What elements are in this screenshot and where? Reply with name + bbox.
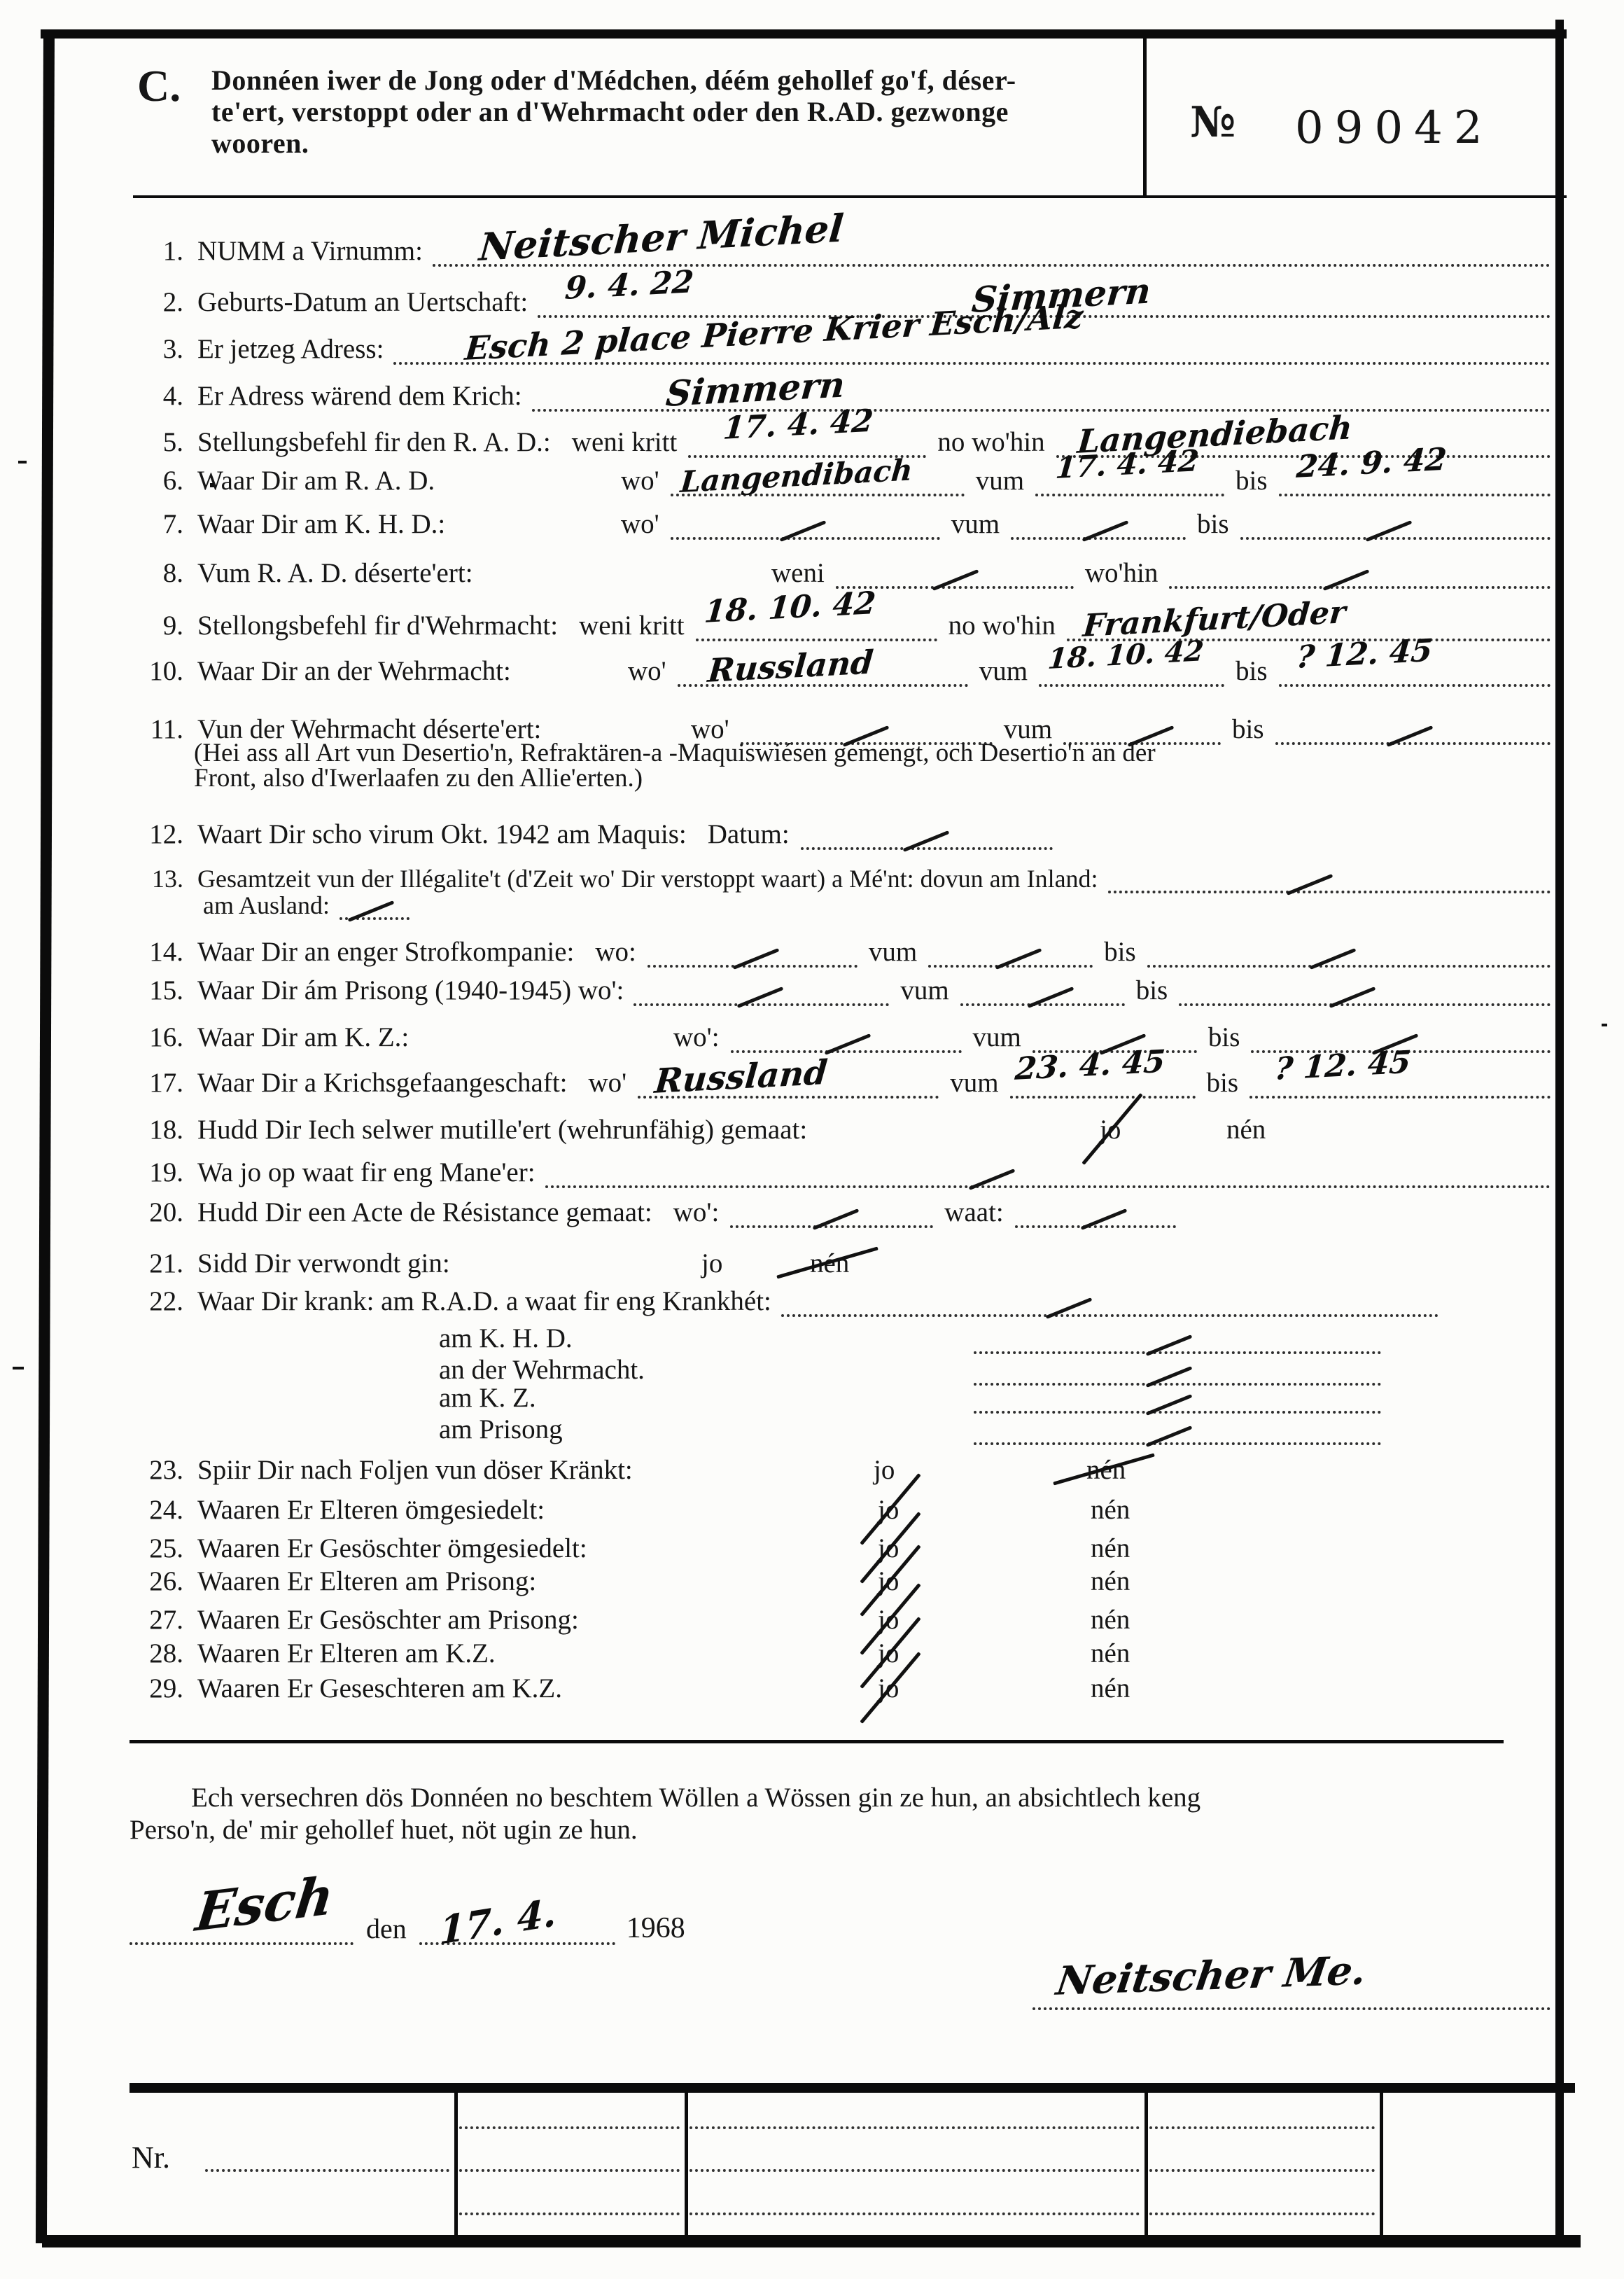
field-word: bis [1196,1067,1250,1099]
answer-nen: nén [1091,1494,1130,1526]
item-number: 20. [133,1197,197,1228]
handwritten-entry: Neitscher Michel [477,205,846,270]
answer-jo: jo [874,1454,895,1486]
field-word: wo' [610,465,671,496]
form-item-25: 25.Waaren Er Gesöschter ömgesiedelt:joné… [133,1532,1550,1564]
none-dash-mark [737,987,784,1008]
grid-dotted-cell [689,2124,1140,2129]
item-number: 15. [133,975,197,1006]
item-note-line: Front, also d'Iwerlaafen zu den Allie'er… [194,765,643,793]
handwritten-entry: Russland [653,1053,829,1101]
answer-nen: nén [1091,1673,1130,1704]
item-label: Waar Dir am K. Z.: [197,1022,662,1053]
handwritten-entry: ? 12. 45 [1273,1045,1412,1087]
field-word: bis [1197,1022,1252,1053]
none-dash-mark [1045,1297,1092,1319]
declaration-line1: Ech versechren dös Donnéen no beschtem W… [129,1782,1512,1814]
answer-line [974,1434,1381,1445]
answer-nen: nén [1086,1454,1126,1486]
item-number: 22. [133,1285,197,1317]
none-dash-mark [732,948,779,970]
answer-nen: nén [1091,1604,1130,1636]
item-label: Er jetzeg Adress: [197,333,393,365]
item-number: 9. [133,610,197,641]
none-dash-mark [995,948,1042,970]
answer-line [1275,734,1550,745]
form-item-15: 15.Waar Dir ám Prisong (1940-1945) wo':v… [133,974,1550,1006]
field-word: weni kritt [568,610,696,641]
year-value: 1968 [615,1911,685,1945]
item-number: 11. [133,713,197,745]
answer-jo: jo [878,1604,899,1636]
grid-bottom-border [42,2235,1581,2247]
answer-jo: jo [701,1248,722,1279]
item-label: Waart Dir scho virum Okt. 1942 am Maquis… [197,818,696,850]
form-item-22: 22.Waar Dir krank: am R.A.D. a waat fir … [133,1285,1550,1317]
answer-line [960,995,1125,1006]
form-item-24: 24.Waaren Er Elteren ömgesiedelt:jonén [133,1493,1550,1526]
form-item-26: 26.Waaren Er Elteren am Prisong:jonén [133,1565,1550,1597]
handwritten-place: Esch [192,1865,337,1944]
answer-line: ? 12. 45 [1279,676,1550,687]
answer-nen: nén [810,1248,849,1279]
form-item-10: 10.Waar Dir an der Wehrmacht:wo'Russland… [133,655,1550,687]
answer-line [647,956,857,968]
answer-line: Russland [678,676,968,687]
nr-dotted-line [205,2166,449,2172]
item-number: 19. [133,1157,197,1188]
field-word: vum [889,975,960,1006]
form-item-12: 12.Waart Dir scho virum Okt. 1942 am Maq… [133,818,1550,850]
answer-jo: jo [878,1638,899,1669]
date-field-line: 17. 4. [419,1934,615,1945]
field-word: vum [939,1067,1009,1099]
item-label: Stellungsbefehl fir den R. A. D.: [197,426,561,458]
item-label: Waaren Er Gesöschter ömgesiedelt: [197,1533,597,1564]
header-title-line1: Donnéen iwer de Jong oder d'Médchen, déé… [211,64,1121,96]
form-item-28: 28.Waaren Er Elteren am K.Z.jonén [133,1637,1550,1669]
field-word: vum [857,936,928,968]
none-dash-mark [824,1033,871,1055]
answer-line [974,1343,1381,1354]
handwritten-entry: 18. 10. 42 [703,585,877,630]
answer-jo: jo [1100,1114,1121,1145]
item-label: Waar Dir ám Prisong (1940-1945) wo': [197,975,633,1006]
field-word: weni kritt [561,426,689,458]
answer-line: Russland [638,1087,939,1099]
item-sublabel: am K. H. D. [439,1323,974,1354]
answer-line: 23. 4. 45 [1010,1087,1196,1099]
answer-line [1169,578,1550,589]
handwritten-entry: 17. 4. 42 [722,403,875,447]
handwritten-date: 17. 4. [439,1890,556,1953]
grid-dotted-cell [689,2166,1140,2172]
answer-line: 18. 10. 42 [1039,676,1224,687]
item-label: Waaren Er Elteren am Prisong: [197,1566,546,1597]
none-dash-mark [1387,725,1434,747]
answer-line [1015,1217,1176,1228]
field-word: vum [965,465,1035,496]
answer-line: Langendibach [671,485,965,496]
grid-vline-2 [685,2093,688,2235]
field-word: weni [760,557,836,589]
scan-speck [18,461,27,464]
field-word: bis [1224,465,1279,496]
field-word: vum [962,1022,1032,1053]
spacer [1176,1220,1550,1228]
item-number: 27. [133,1604,197,1636]
form-item-22-sub: am Prisong [439,1413,1381,1445]
form-item-22-sub: am K. H. D. [439,1322,1381,1354]
answer-nen: nén [1091,1638,1130,1669]
grid-vline-1 [454,2093,458,2235]
grid-dotted-cell [1149,2166,1375,2172]
item-number: 8. [133,557,197,589]
item-number: 25. [133,1533,197,1564]
answer-line [730,1217,933,1228]
grid-dotted-cell [459,2124,680,2129]
item-label: Wa jo op waat fir eng Mane'er: [197,1157,545,1188]
form-item-22-sub: am K. Z. [439,1381,1381,1414]
page-edge-right-bar [1555,20,1564,2240]
answer-jo: jo [878,1566,899,1597]
section-letter: C. [137,60,181,112]
header-title: Donnéen iwer de Jong oder d'Médchen, déé… [211,64,1121,159]
item-label: Sidd Dir verwondt gin: [197,1248,460,1279]
item-label: Hudd Dir Iech selwer mutille'ert (wehrun… [197,1114,817,1145]
answer-line [339,909,409,920]
item-label: Geburts-Datum an Uertschaft: [197,286,538,318]
item-note-line: (Hei ass all Art vun Desertio'n, Refrakt… [194,739,1156,767]
field-word: bis [1186,508,1240,540]
none-dash-mark [968,1169,1015,1190]
answer-line [671,529,940,540]
handwritten-entry: Russland [706,643,875,690]
answer-line [1240,529,1550,540]
form-item-6: 6.Waar Dir am R. A. D.wo'Langendibachvum… [133,464,1550,496]
page-edge-left-bar [36,31,55,2243]
form-item-20: 20.Hudd Dir een Acte de Résistance gemaa… [133,1196,1550,1228]
form-item-19: 19.Wa jo op waat fir eng Mane'er: [133,1156,1550,1188]
item-number: 3. [133,333,197,365]
grid-top-border [129,2083,1575,2093]
field-word: wo: [584,936,647,968]
item-number: 24. [133,1494,197,1526]
item-number: 17. [133,1067,197,1099]
place-field-line: Esch [129,1934,353,1945]
item-number: 26. [133,1566,197,1597]
spacer [1053,842,1550,850]
none-dash-mark [813,1208,860,1230]
item-number: 12. [133,818,197,850]
none-dash-mark [348,900,395,922]
field-word: no wo'hin [926,426,1056,458]
item-label: NUMM a Virnumm: [197,235,433,267]
field-word: bis [1221,713,1275,745]
item-label: Waar Dir am K. H. D.: [197,508,610,540]
signature-line: Neitscher Me. [1032,1957,1550,2010]
field-word: wo'hin [1074,557,1170,589]
none-dash-mark [1146,1426,1193,1447]
item-label: Waar Dir am R. A. D. [197,465,610,496]
answer-line [801,839,1053,850]
grid-dotted-cell [459,2210,680,2215]
item-label: Waar Dir an enger Strofkompanie: [197,936,584,968]
declaration-paragraph: Ech versechren dös Donnéen no beschtem W… [129,1782,1512,1846]
handwritten-entry: ? 12. 45 [1295,633,1434,676]
answer-jo: jo [878,1533,899,1564]
field-word: bis [1125,975,1179,1006]
field-word: wo' [610,508,671,540]
answer-line [731,1042,962,1053]
answer-line: Neitscher Michel [433,256,1550,267]
none-dash-mark [1082,520,1129,542]
none-dash-mark [932,569,979,591]
handwritten-entry: Langendibach [679,452,914,499]
date-line: Esch den 17. 4. 1968 [129,1906,685,1945]
answer-nen: nén [1226,1114,1266,1145]
form-item-17: 17.Waar Dir a Krichsgefaangeschaft:wo'Ru… [133,1066,1550,1099]
item-label: am Ausland: [203,891,339,920]
item-label: Waar Dir krank: am R.A.D. a waat fir eng… [197,1285,781,1317]
field-word: bis [1093,936,1147,968]
form-number-label: № [1190,98,1235,147]
item-number: 14. [133,936,197,968]
scan-speck [1602,1024,1607,1026]
none-dash-mark [779,520,826,542]
answer-line: 18. 10. 42 [696,630,937,641]
field-word: wo' [577,1067,638,1099]
page-edge-top-bar [41,29,1567,39]
item-number: 29. [133,1673,197,1704]
item-label: Waar Dir a Krichsgefaangeschaft: [197,1067,577,1099]
handwritten-entry: 24. 9. 42 [1295,441,1448,485]
form-number-value: 09042 [1295,102,1494,154]
item-label: Waaren Er Elteren ömgesiedelt: [197,1494,554,1526]
answer-line [928,956,1093,968]
field-word: vum [940,508,1011,540]
none-dash-mark [902,830,949,852]
item-number: 28. [133,1638,197,1669]
nr-label: Nr. [132,2140,170,2175]
form-item-18: 18.Hudd Dir Iech selwer mutille'ert (weh… [133,1113,1550,1145]
field-word: bis [1224,655,1279,687]
item-label: Waaren Er Elteren am K.Z. [197,1638,505,1669]
form-item-3: 3.Er jetzeg Adress:Esch 2 place Pierre K… [133,333,1550,365]
grid-dotted-cell [459,2166,680,2172]
handwritten-entry: 23. 4. 45 [1014,1043,1167,1087]
header-rule [133,195,1567,198]
none-dash-mark [1366,520,1413,542]
answer-nen: nén [1091,1566,1130,1597]
item-number: 13. [133,864,197,893]
declaration-line2: Perso'n, de' mir gehollef huet, nöt ugin… [129,1814,1512,1846]
answer-line [1147,956,1550,968]
none-dash-mark [1080,1208,1127,1230]
item-label: Waar Dir an der Wehrmacht: [197,655,617,687]
item-label: Waaren Er Geseschteren am K.Z. [197,1673,572,1704]
item-label: Er Adress wärend dem Krich: [197,380,532,412]
answer-line: Esch 2 place Pierre Krier Esch/Alz [393,354,1550,365]
answer-jo: jo [878,1673,899,1704]
scan-speck [210,483,214,487]
item-sublabel: am K. Z. [439,1382,974,1414]
section-rule [129,1740,1504,1743]
item-label: Spiir Dir nach Foljen vun döser Kränkt: [197,1454,643,1486]
answer-line [781,1306,1438,1317]
grid-vline-3 [1144,2093,1148,2235]
item-sublabel: am Prisong [439,1414,974,1445]
form-item-13-ausland: am Ausland: [203,888,1550,920]
item-number: 4. [133,380,197,412]
answer-line [633,995,889,1006]
answer-line: ? 12. 45 [1249,1087,1550,1099]
scanned-form-page: C. Donnéen iwer de Jong oder d'Médchen, … [0,0,1624,2279]
grid-dotted-cell [1149,2210,1375,2215]
item-number: 16. [133,1022,197,1053]
den-word: den [353,1912,419,1945]
item-label: Vum R. A. D. déserte'ert: [197,557,760,589]
field-word: wo' [617,655,678,687]
item-number: 2. [133,286,197,318]
item-number: 1. [133,235,197,267]
form-item-14: 14.Waar Dir an enger Strofkompanie:wo:vu… [133,935,1550,968]
field-word: waat: [933,1197,1014,1228]
header-title-line2: te'ert, verstoppt oder an d'Wehrmacht od… [211,96,1121,127]
field-word: Datum: [696,818,801,850]
item-label: Waaren Er Gesöschter am Prisong: [197,1604,589,1636]
answer-nen: nén [1091,1533,1130,1564]
handwritten-signature: Neitscher Me. [1053,1947,1369,2005]
none-dash-mark [1323,569,1370,591]
field-word: wo': [662,1022,731,1053]
spacer [1438,1309,1550,1317]
handwritten-entry: 9. 4. 22 [563,264,695,307]
form-item-7: 7.Waar Dir am K. H. D.:wo'vumbis [133,508,1550,540]
answer-line: 17. 4. 42 [1035,485,1224,496]
grid-vline-4 [1380,2093,1383,2235]
item-label: Hudd Dir een Acte de Résistance gemaat: [197,1197,662,1228]
grid-dotted-cell [1149,2124,1375,2129]
item-number: 23. [133,1454,197,1486]
answer-line [1011,529,1186,540]
answer-line [974,1402,1381,1414]
field-word: no wo'hin [937,610,1067,641]
grid-dotted-cell [689,2210,1140,2215]
form-item-27: 27.Waaren Er Gesöschter am Prisong:jonén [133,1603,1550,1636]
field-word: vum [968,655,1039,687]
scan-speck [13,1367,24,1370]
answer-line: Simmern [532,400,1550,412]
form-item-29: 29.Waaren Er Geseschteren am K.Z.jonén [133,1672,1550,1704]
item-number: 18. [133,1114,197,1145]
form-item-23: 23.Spiir Dir nach Foljen vun döser Kränk… [133,1454,1550,1486]
form-item-8: 8.Vum R. A. D. déserte'ert:weniwo'hin [133,557,1550,589]
header-divider-vertical [1143,39,1147,197]
field-word: wo': [662,1197,731,1228]
none-dash-mark [1329,987,1375,1008]
answer-line: 24. 9. 42 [1279,485,1550,496]
item-number: 7. [133,508,197,540]
handwritten-entry: 17. 4. 42 [1054,443,1200,485]
form-item-21: 21.Sidd Dir verwondt gin:jonén [133,1247,1550,1279]
form-item-1: 1.NUMM a Virnumm:Neitscher Michel [133,235,1550,267]
answer-line [545,1177,1550,1188]
answer-jo: jo [878,1494,899,1526]
item-label: Stellongsbefehl fir d'Wehrmacht: [197,610,568,641]
item-number: 21. [133,1248,197,1279]
none-dash-mark [1027,987,1074,1008]
handwritten-entry: Frankfurt/Oder [1081,594,1347,644]
answer-line [1179,995,1550,1006]
item-number: 6. [133,465,197,496]
form-item-9: 9.Stellongsbefehl fir d'Wehrmacht:weni k… [133,609,1550,641]
item-number: 5. [133,426,197,458]
none-dash-mark [1310,948,1357,970]
header-title-line3: wooren. [211,127,1121,159]
item-number: 10. [133,655,197,687]
